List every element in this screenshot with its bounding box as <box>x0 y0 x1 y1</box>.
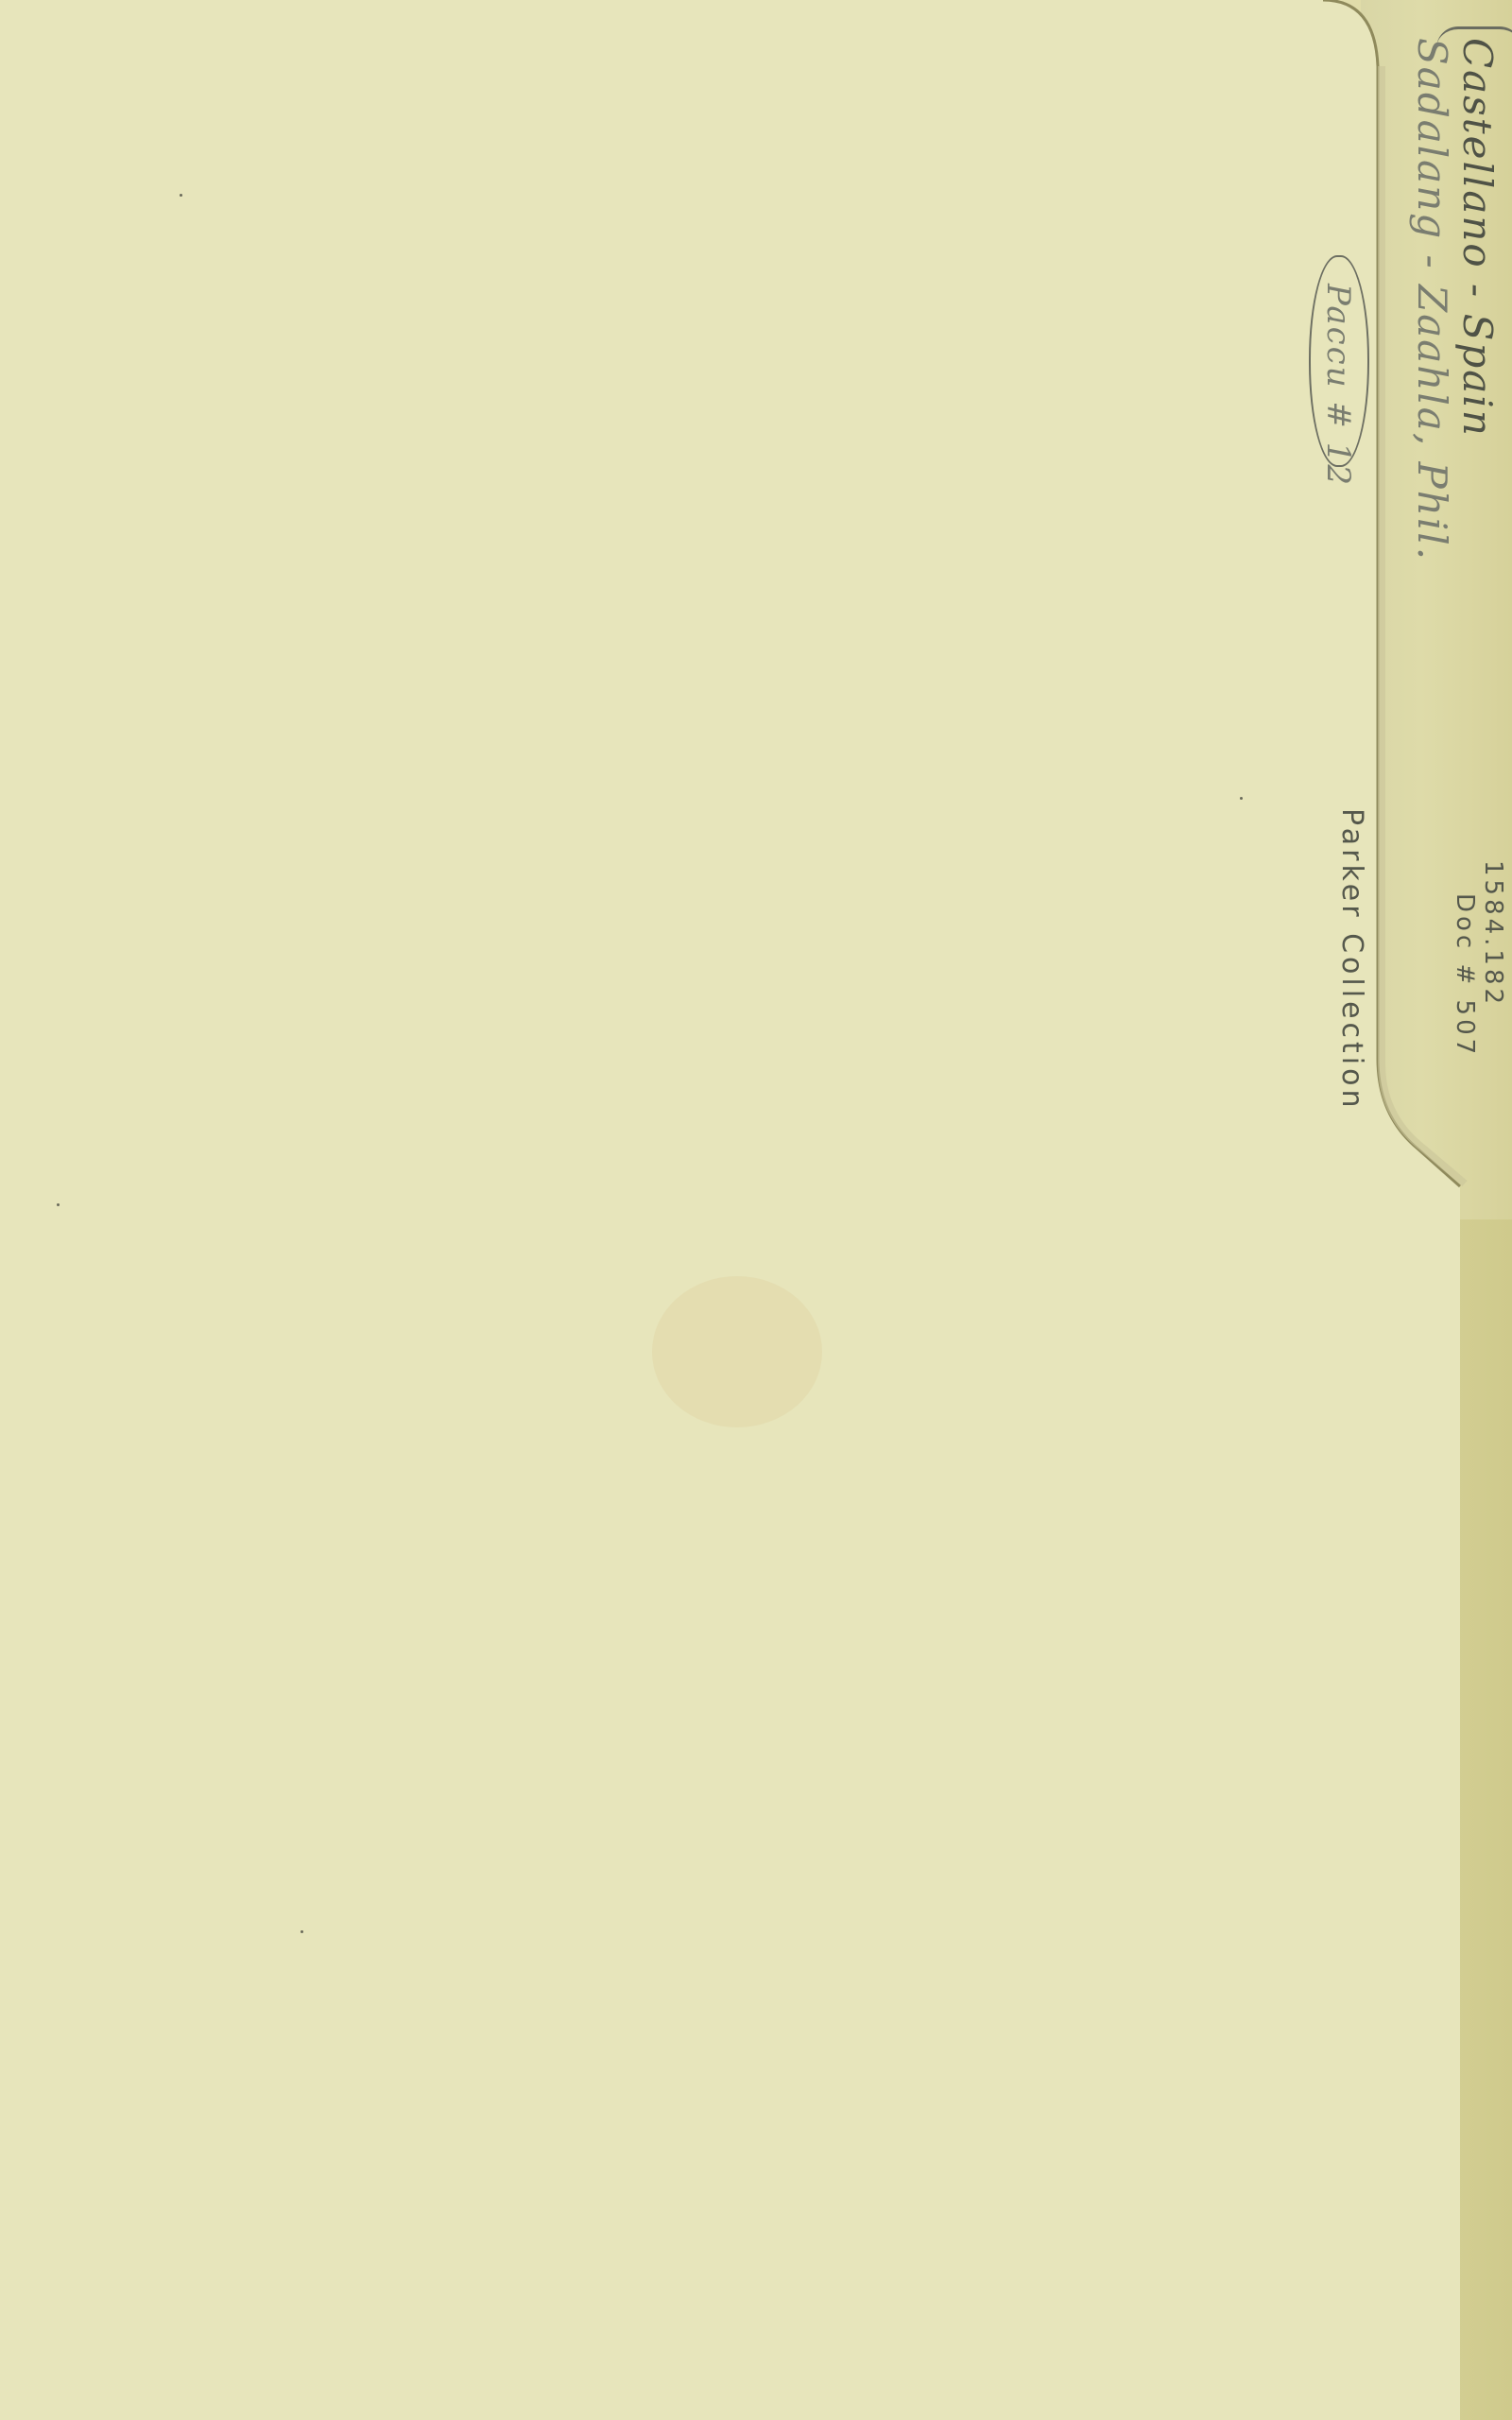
paper-speck <box>301 1930 303 1933</box>
accession-number: 1584.182 <box>1479 860 1507 1008</box>
paper-speck <box>180 194 182 197</box>
paper-speck <box>1240 797 1243 800</box>
tab-label-line-2: Sadalang - Zaahla, Phil. <box>1409 38 1455 562</box>
circled-note: Paccu # 12 <box>1319 284 1357 487</box>
doc-number: Doc # 507 <box>1451 893 1479 1058</box>
paper-speck <box>57 1203 60 1206</box>
collection-note: Parker Collection <box>1335 808 1368 1111</box>
folder-front-flap <box>0 0 1512 2420</box>
tab-label-line-1: Castellano - Spain <box>1454 38 1501 438</box>
